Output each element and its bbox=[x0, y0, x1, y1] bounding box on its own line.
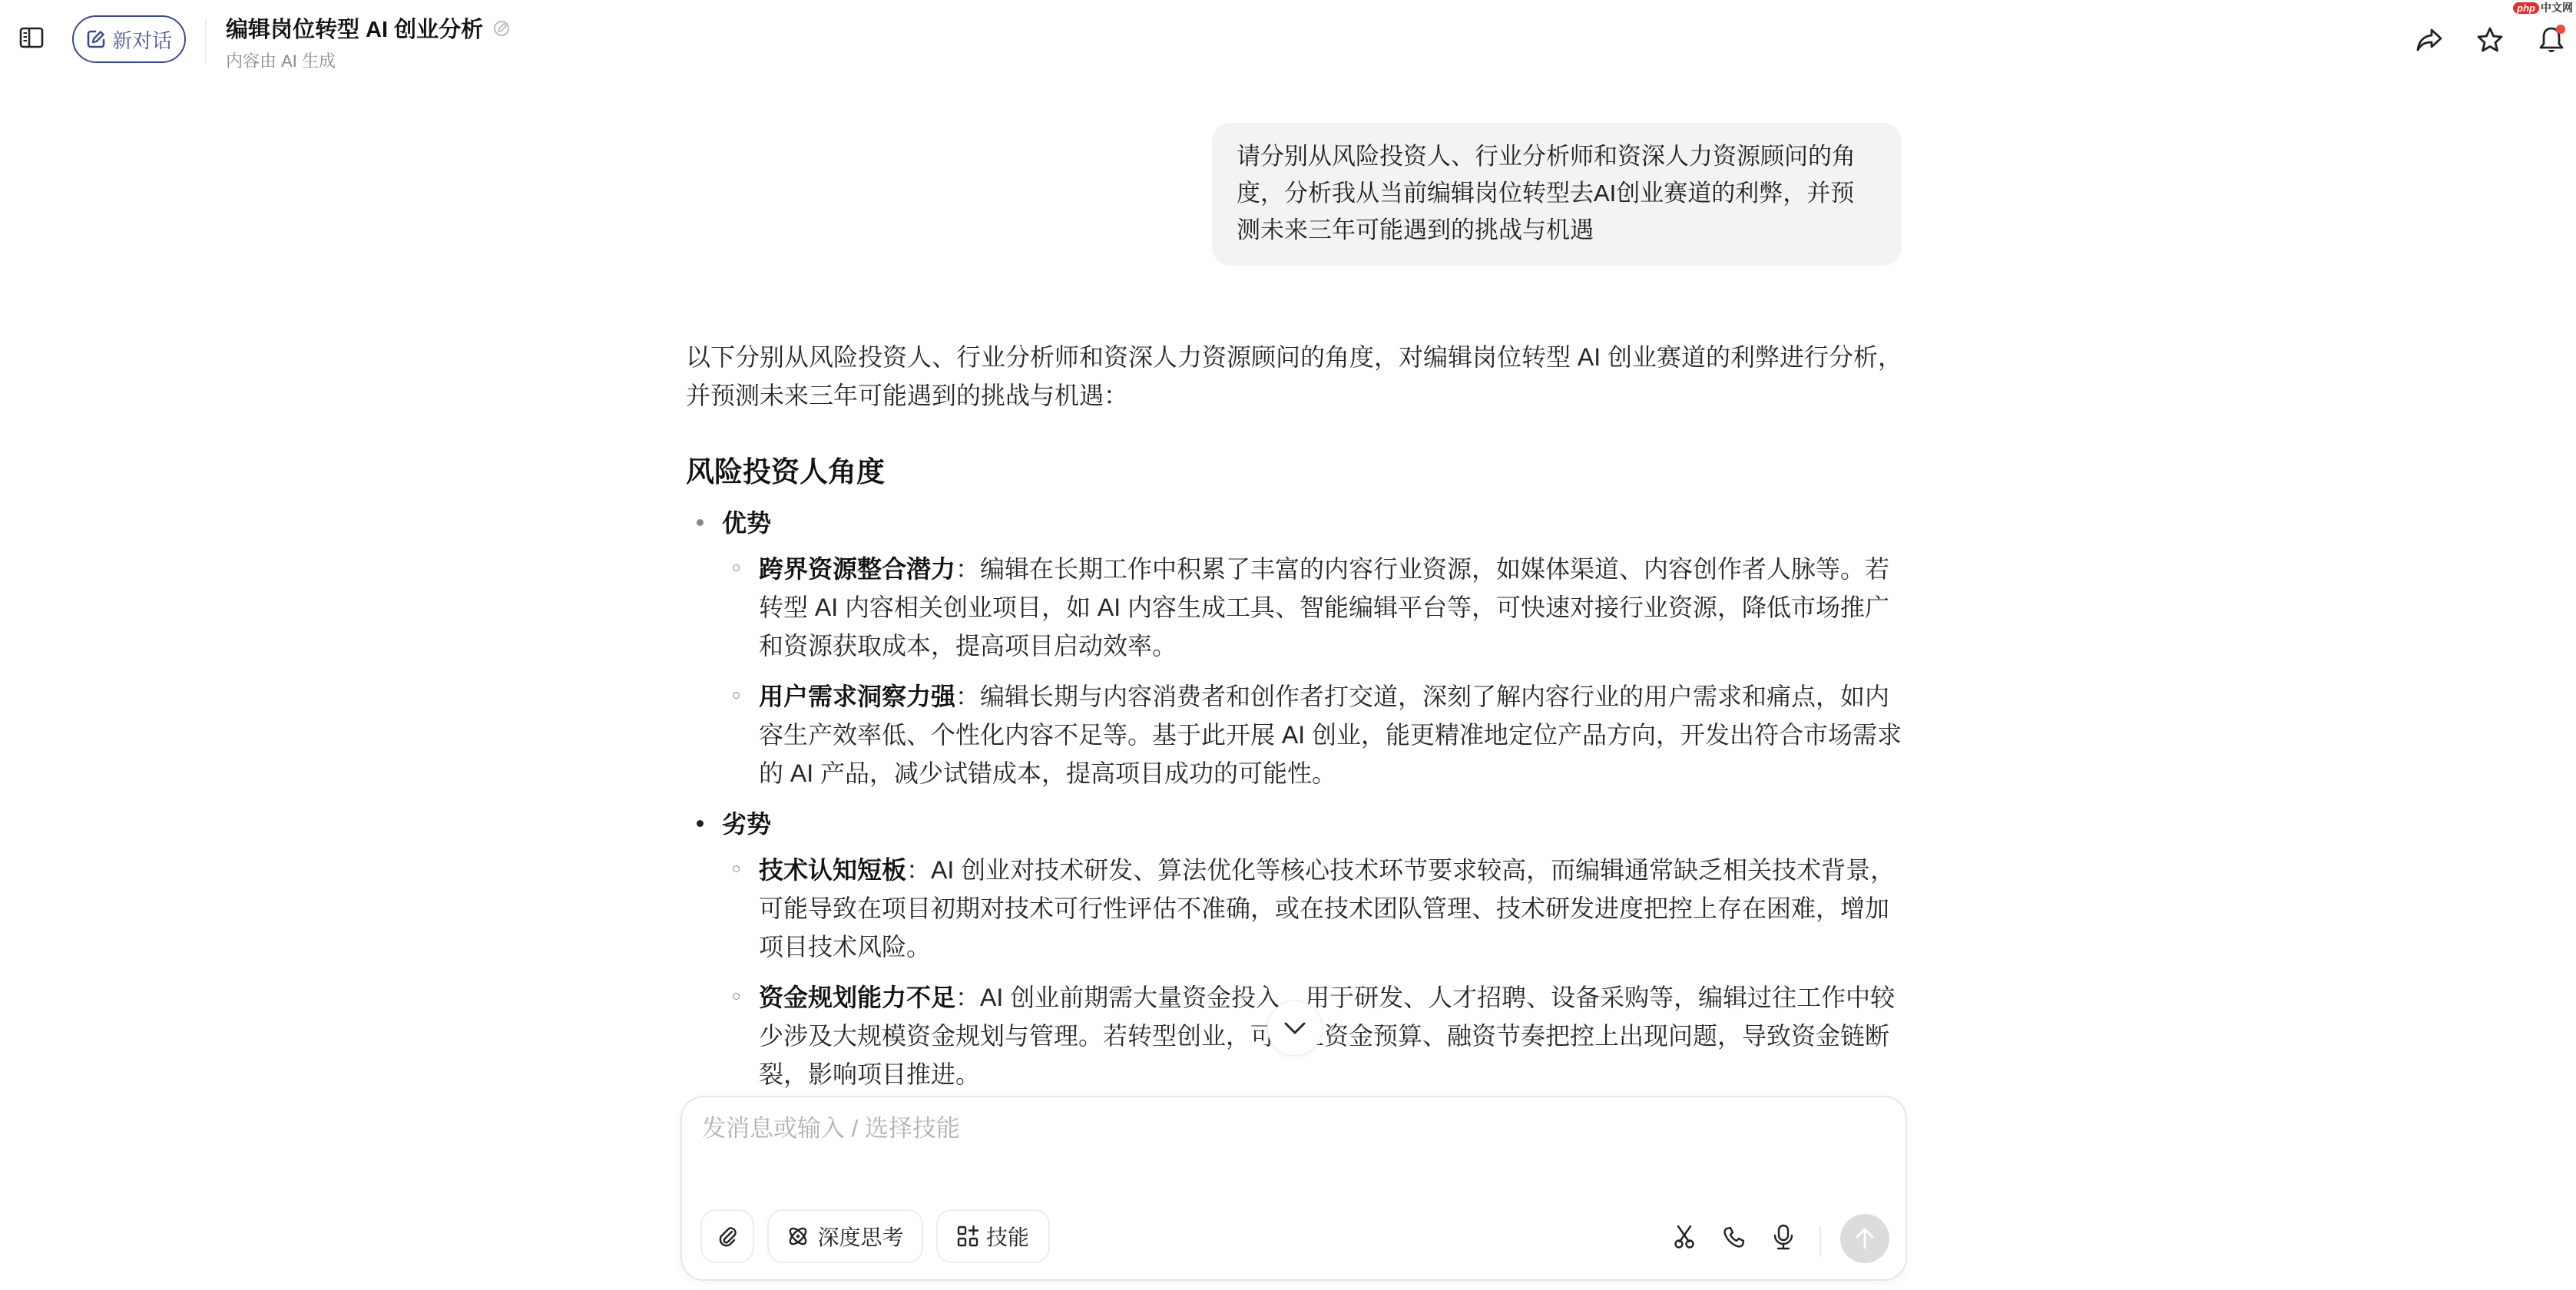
send-button[interactable] bbox=[1840, 1214, 1889, 1263]
message-input[interactable] bbox=[700, 1114, 1856, 1143]
item-text: ：AI 创业对技术研发、算法优化等核心技术环节要求较高，而编辑通常缺乏相关技术背… bbox=[759, 856, 1895, 961]
edit-icon bbox=[86, 29, 106, 49]
scissors-icon bbox=[1674, 1225, 1695, 1249]
conversation-title: 编辑岗位转型 AI 创业分析 bbox=[226, 12, 483, 44]
notifications-button[interactable] bbox=[2535, 23, 2568, 57]
share-button[interactable] bbox=[2412, 23, 2446, 57]
paperclip-icon bbox=[716, 1225, 739, 1248]
notification-dot bbox=[2556, 25, 2565, 34]
list-item: 跨界资源整合潜力：编辑在长期工作中积累了丰富的内容行业资源，如媒体渠道、内容创作… bbox=[722, 550, 1907, 665]
new-chat-label: 新对话 bbox=[112, 25, 172, 54]
voice-input-button[interactable] bbox=[1771, 1225, 1796, 1249]
group-label: 优势 bbox=[722, 504, 1907, 542]
sidebar-toggle-icon bbox=[19, 27, 44, 48]
skills-label: 技能 bbox=[986, 1221, 1029, 1252]
new-chat-button[interactable]: 新对话 bbox=[72, 15, 186, 63]
watermark-logo: php 中文网 bbox=[2513, 0, 2573, 15]
scroll-to-bottom-button[interactable] bbox=[1267, 1001, 1323, 1056]
watermark-text: 中文网 bbox=[2541, 0, 2573, 15]
screenshot-button[interactable] bbox=[1672, 1225, 1697, 1249]
skills-button[interactable]: 技能 bbox=[936, 1209, 1050, 1263]
deep-think-label: 深度思考 bbox=[817, 1221, 903, 1252]
user-message-bubble: 请分别从风险投资人、行业分析师和资深人力资源顾问的角度，分析我从当前编辑岗位转型… bbox=[1212, 123, 1902, 266]
deep-think-button[interactable]: 深度思考 bbox=[767, 1209, 923, 1263]
attach-button[interactable] bbox=[700, 1209, 754, 1263]
rename-button[interactable] bbox=[492, 19, 511, 38]
toolbar-divider bbox=[1819, 1226, 1821, 1257]
ai-generated-notice: 内容由 AI 生成 bbox=[226, 48, 511, 72]
voice-call-button[interactable] bbox=[1722, 1225, 1747, 1249]
arrow-up-icon bbox=[1855, 1227, 1875, 1250]
item-title: 资金规划能力不足 bbox=[759, 984, 955, 1011]
list-item: 技术认知短板：AI 创业对技术研发、算法优化等核心技术环节要求较高，而编辑通常缺… bbox=[722, 851, 1907, 966]
list-item: 用户需求洞察力强：编辑长期与内容消费者和创作者打交道，深刻了解内容行业的用户需求… bbox=[722, 677, 1907, 792]
item-title: 用户需求洞察力强 bbox=[759, 683, 955, 710]
answer-intro: 以下分别从风险投资人、行业分析师和资深人力资源顾问的角度，对编辑岗位转型 AI … bbox=[686, 338, 1907, 415]
group-advantages: 优势 跨界资源整合潜力：编辑在长期工作中积累了丰富的内容行业资源，如媒体渠道、内… bbox=[686, 504, 1907, 792]
microphone-icon bbox=[1773, 1224, 1794, 1250]
message-composer: 深度思考 技能 bbox=[680, 1096, 1907, 1281]
atom-icon bbox=[786, 1225, 810, 1248]
chevron-down-icon bbox=[1283, 1021, 1306, 1035]
item-title: 跨界资源整合潜力 bbox=[759, 555, 955, 583]
skills-grid-icon bbox=[957, 1225, 978, 1247]
edit-title-icon bbox=[492, 19, 511, 38]
favorite-button[interactable] bbox=[2473, 23, 2507, 57]
watermark-badge: php bbox=[2513, 2, 2539, 14]
assistant-answer: 以下分别从风险投资人、行业分析师和资深人力资源顾问的角度，对编辑岗位转型 AI … bbox=[686, 338, 1907, 1106]
phone-icon bbox=[1723, 1225, 1746, 1249]
header-divider bbox=[205, 18, 207, 64]
star-icon bbox=[2476, 26, 2504, 54]
sidebar-toggle-button[interactable] bbox=[18, 25, 45, 51]
section-heading: 风险投资人角度 bbox=[686, 453, 1907, 491]
share-icon bbox=[2415, 27, 2444, 53]
item-title: 技术认知短板 bbox=[759, 856, 906, 884]
conversation-title-block: 编辑岗位转型 AI 创业分析 内容由 AI 生成 bbox=[226, 12, 511, 72]
group-label: 劣势 bbox=[722, 805, 1907, 843]
